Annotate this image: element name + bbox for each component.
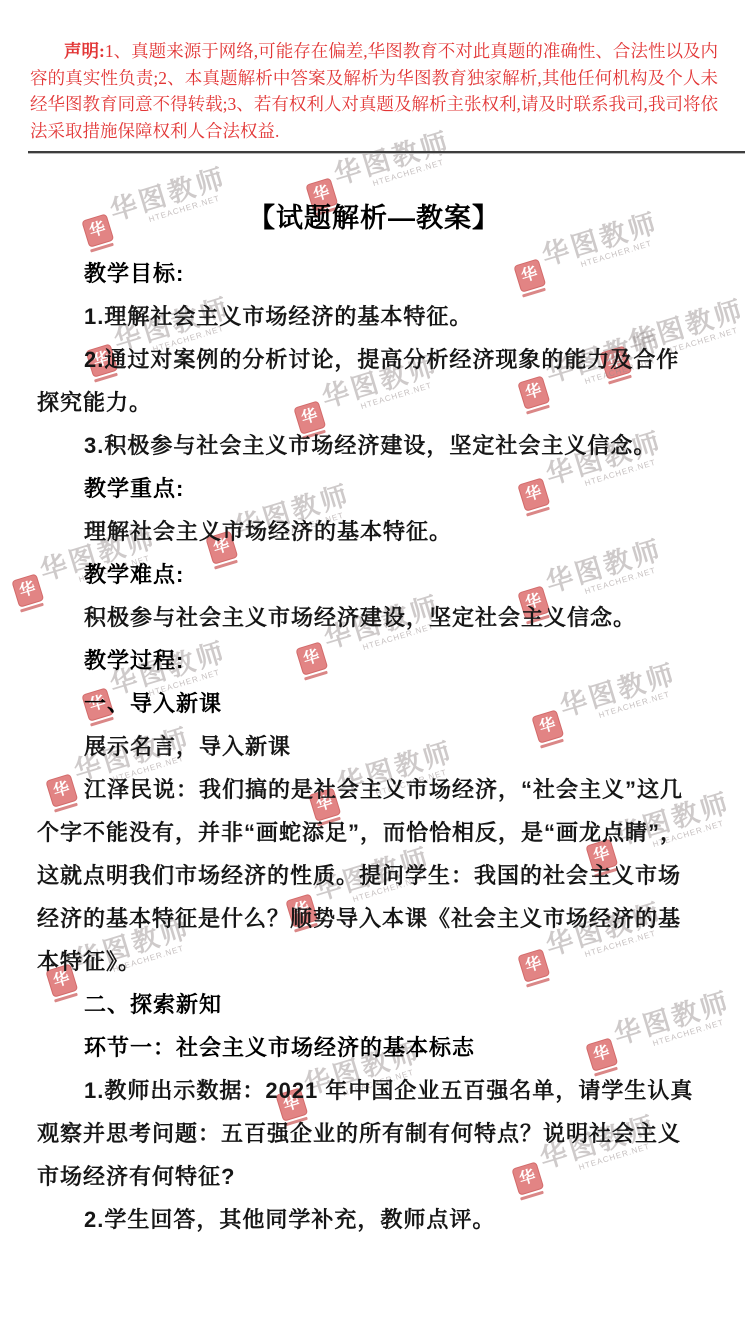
lesson-plan-body: 教学目标:1.理解社会主义市场经济的基本特征。2.通过对案例的分析讨论，提高分析… xyxy=(37,252,716,1241)
body-line: 本特征》。 xyxy=(37,940,716,983)
body-line: 探究能力。 xyxy=(37,381,716,424)
body-line: 2.通过对案例的分析讨论，提高分析经济现象的能力及合作 xyxy=(37,338,716,381)
body-line: 理解社会主义市场经济的基本特征。 xyxy=(37,510,716,553)
body-line: 3.积极参与社会主义市场经济建设，坚定社会主义信念。 xyxy=(37,424,716,467)
section-divider xyxy=(28,151,745,154)
body-line: 个字不能没有，并非“画蛇添足”，而恰恰相反，是“画龙点睛”， xyxy=(37,811,716,854)
body-line: 展示名言，导入新课 xyxy=(37,725,716,768)
body-line: 1.教师出示数据：2021 年中国企业五百强名单，请学生认真 xyxy=(37,1069,716,1112)
document-page: 华华图教师HTEACHER.NET华华图教师HTEACHER.NET华华图教师H… xyxy=(0,0,748,1335)
disclaimer-label: 声明: xyxy=(64,41,105,61)
disclaimer-text: 1、真题来源于网络,可能存在偏差,华图教育不对此真题的准确性、合法性以及内容的真… xyxy=(30,41,718,141)
body-line: 江泽民说：我们搞的是社会主义市场经济，“社会主义”这几 xyxy=(37,768,716,811)
heading-line: 教学目标: xyxy=(37,252,716,295)
heading-line: 教学重点: xyxy=(37,467,716,510)
heading-line: 教学过程: xyxy=(37,639,716,682)
heading-line: 二、探索新知 xyxy=(37,983,716,1026)
body-line: 经济的基本特征是什么？顺势导入本课《社会主义市场经济的基 xyxy=(37,897,716,940)
page-title: 【试题解析—教案】 xyxy=(0,200,748,236)
disclaimer-paragraph: 声明:1、真题来源于网络,可能存在偏差,华图教育不对此真题的准确性、合法性以及内… xyxy=(30,38,718,144)
body-line: 观察并思考问题：五百强企业的所有制有何特点？说明社会主义 xyxy=(37,1112,716,1155)
body-line: 1.理解社会主义市场经济的基本特征。 xyxy=(37,295,716,338)
body-line: 2.学生回答，其他同学补充，教师点评。 xyxy=(37,1198,716,1241)
body-line: 市场经济有何特征? xyxy=(37,1155,716,1198)
heading-line: 一、导入新课 xyxy=(37,682,716,725)
body-line: 这就点明我们市场经济的性质。提问学生：我国的社会主义市场 xyxy=(37,854,716,897)
document-content: 声明:1、真题来源于网络,可能存在偏差,华图教育不对此真题的准确性、合法性以及内… xyxy=(0,38,748,1241)
heading-line: 教学难点: xyxy=(37,553,716,596)
body-line: 积极参与社会主义市场经济建设，坚定社会主义信念。 xyxy=(37,596,716,639)
heading-line: 环节一：社会主义市场经济的基本标志 xyxy=(37,1026,716,1069)
